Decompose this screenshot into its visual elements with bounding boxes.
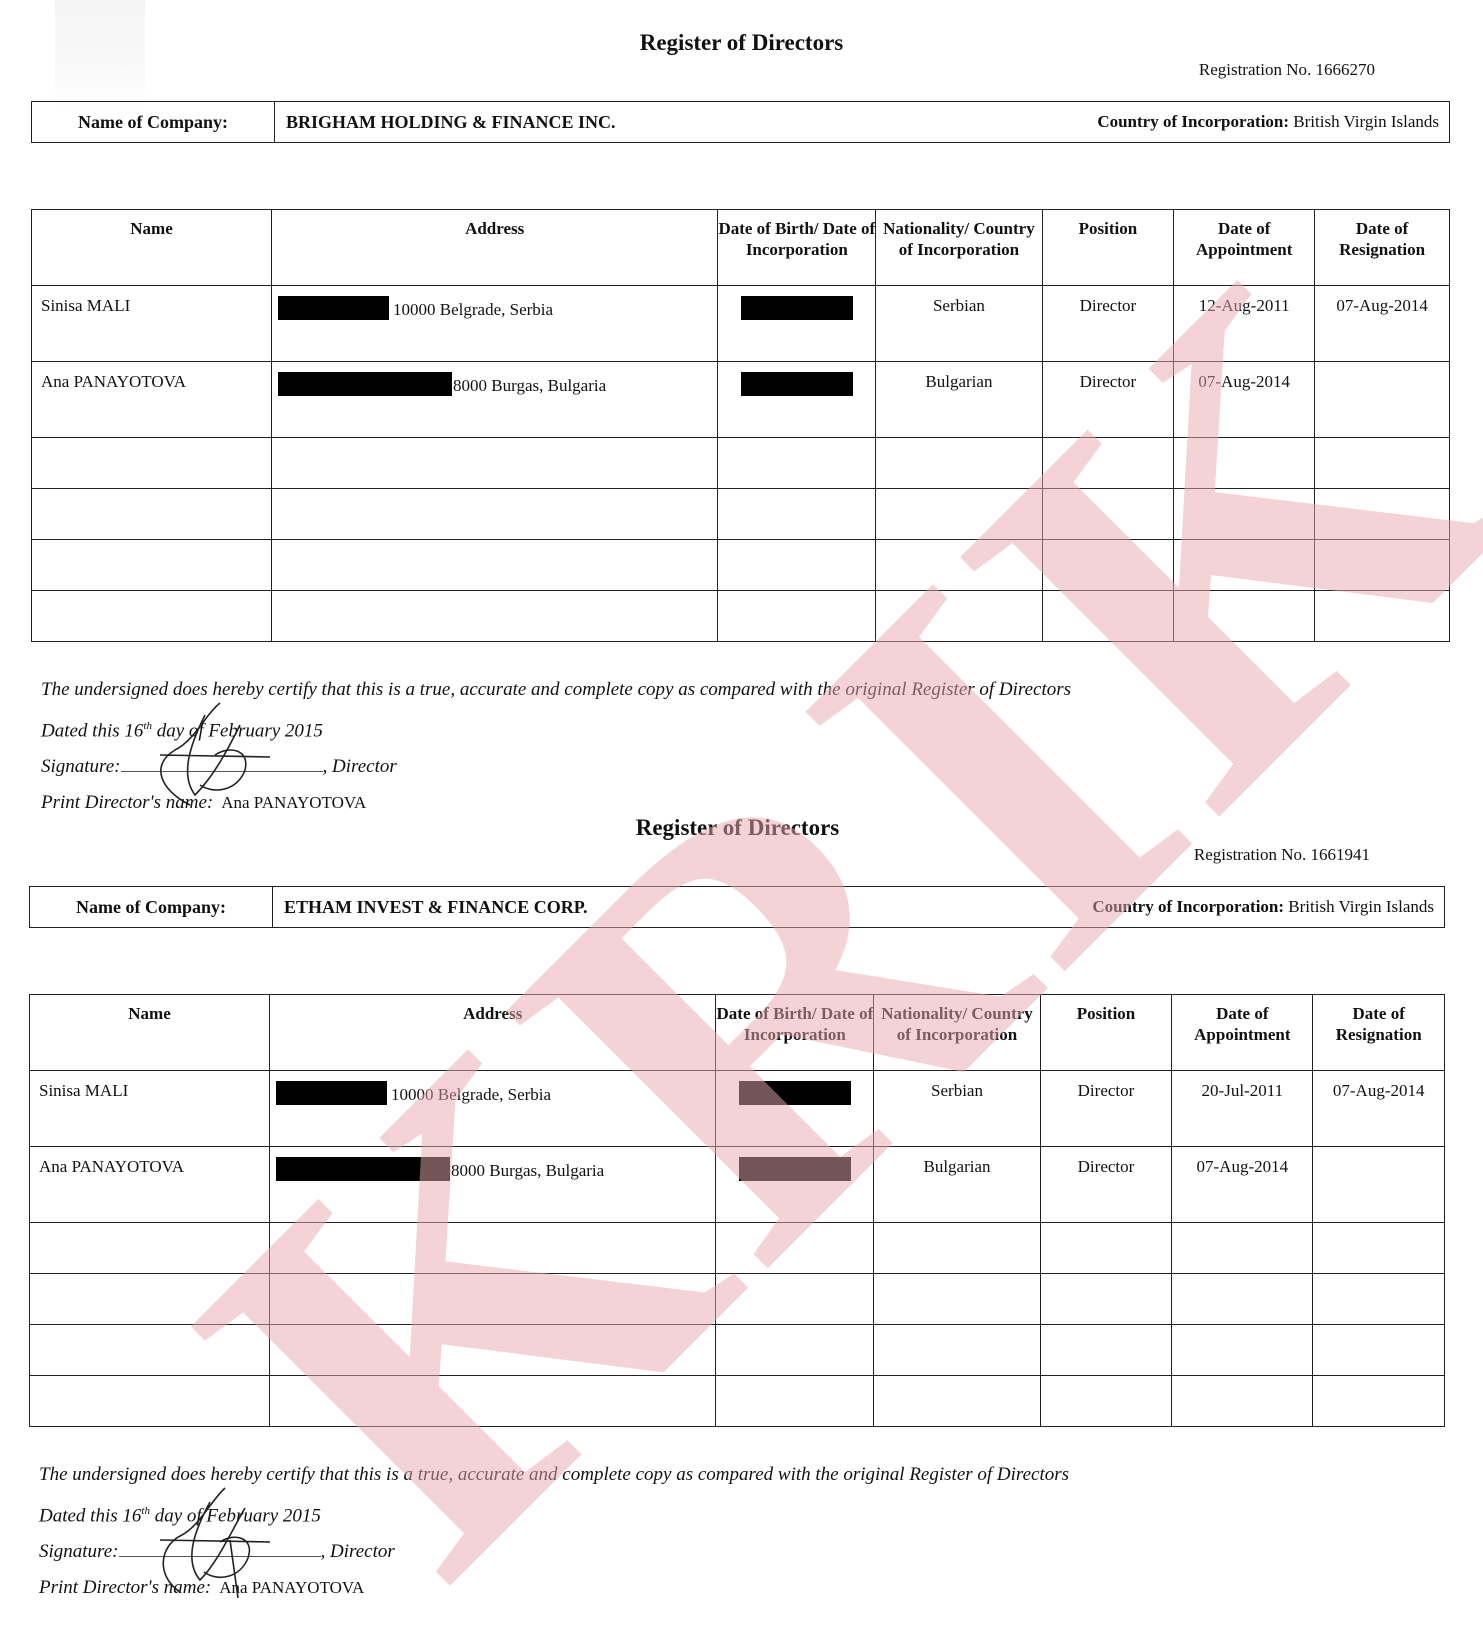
redaction-bar <box>276 1081 387 1105</box>
director-resignation: 07-Aug-2014 <box>1313 1071 1445 1147</box>
register-title: Register of Directors <box>0 815 1479 841</box>
col-resignation: Date of Resignation <box>1315 210 1450 286</box>
dated-line: Dated this 16th day of February 2015 <box>39 1493 1069 1534</box>
address-text: 8000 Burgas, Bulgaria <box>453 376 606 395</box>
director-name: Sinisa MALI <box>32 286 272 362</box>
country-of-incorporation: Country of Incorporation: British Virgin… <box>1092 897 1444 917</box>
empty-row <box>32 438 1450 489</box>
empty-row <box>32 540 1450 591</box>
director-appointment: 20-Jul-2011 <box>1172 1071 1313 1147</box>
col-nationality: Nationality/ Country of Incorporation <box>874 995 1040 1071</box>
director-name: Ana PANAYOTOVA <box>30 1147 270 1223</box>
table-row: Ana PANAYOTOVA 8000 Burgas, Bulgaria Bul… <box>32 362 1450 438</box>
signature-line: Signature:, Director <box>41 749 1071 785</box>
redaction-bar <box>739 1157 851 1181</box>
company-box: Name of Company: ETHAM INVEST & FINANCE … <box>29 886 1445 928</box>
address-text: 8000 Burgas, Bulgaria <box>451 1161 604 1180</box>
empty-row <box>32 489 1450 540</box>
country-label: Country of Incorporation: <box>1092 897 1284 916</box>
col-appointment: Date of Appointment <box>1172 995 1313 1071</box>
table-row: Sinisa MALI 10000 Belgrade, Serbia Serbi… <box>32 286 1450 362</box>
empty-row <box>30 1223 1445 1274</box>
col-address: Address <box>272 210 718 286</box>
company-name: ETHAM INVEST & FINANCE CORP. <box>273 897 1092 918</box>
director-dob <box>718 286 876 362</box>
empty-row <box>30 1376 1445 1427</box>
col-nationality: Nationality/ Country of Incorporation <box>876 210 1042 286</box>
register-title: Register of Directors <box>0 30 1483 56</box>
director-dob <box>718 362 876 438</box>
director-name: Ana PANAYOTOVA <box>32 362 272 438</box>
director-dob <box>716 1071 874 1147</box>
director-resignation <box>1315 362 1450 438</box>
certification-block: The undersigned does hereby certify that… <box>41 672 1071 821</box>
col-position: Position <box>1042 210 1174 286</box>
director-position: Director <box>1040 1071 1172 1147</box>
signature-line: Signature:, Director <box>39 1534 1069 1570</box>
director-position: Director <box>1042 286 1174 362</box>
empty-row <box>32 591 1450 642</box>
redaction-bar <box>741 296 853 320</box>
print-name-value: Ana PANAYOTOVA <box>221 793 366 812</box>
col-resignation: Date of Resignation <box>1313 995 1445 1071</box>
address-text: 10000 Belgrade, Serbia <box>391 1085 551 1104</box>
director-address: 10000 Belgrade, Serbia <box>270 1071 716 1147</box>
redaction-bar <box>739 1081 851 1105</box>
director-nationality: Serbian <box>874 1071 1040 1147</box>
dated-line: Dated this 16th day of February 2015 <box>41 708 1071 749</box>
table-row: Sinisa MALI 10000 Belgrade, Serbia Serbi… <box>30 1071 1445 1147</box>
col-name: Name <box>30 995 270 1071</box>
country-value: British Virgin Islands <box>1293 112 1439 131</box>
company-label: Name of Company: <box>30 887 273 927</box>
director-appointment: 07-Aug-2014 <box>1174 362 1315 438</box>
certification-block: The undersigned does hereby certify that… <box>39 1457 1069 1606</box>
col-name: Name <box>32 210 272 286</box>
print-name-line: Print Director's name:Ana PANAYOTOVA <box>39 1570 1069 1606</box>
director-position: Director <box>1040 1147 1172 1223</box>
country-of-incorporation: Country of Incorporation: British Virgin… <box>1097 112 1449 132</box>
director-appointment: 12-Aug-2011 <box>1174 286 1315 362</box>
directors-table: Name Address Date of Birth/ Date of Inco… <box>31 209 1450 642</box>
col-address: Address <box>270 995 716 1071</box>
country-value: British Virgin Islands <box>1288 897 1434 916</box>
empty-row <box>30 1274 1445 1325</box>
director-nationality: Bulgarian <box>874 1147 1040 1223</box>
company-label: Name of Company: <box>32 102 275 142</box>
table-header-row: Name Address Date of Birth/ Date of Inco… <box>32 210 1450 286</box>
director-address: 8000 Burgas, Bulgaria <box>270 1147 716 1223</box>
director-resignation: 07-Aug-2014 <box>1315 286 1450 362</box>
company-box: Name of Company: BRIGHAM HOLDING & FINAN… <box>31 101 1450 143</box>
registration-number: Registration No. 1666270 <box>1199 60 1375 80</box>
table-header-row: Name Address Date of Birth/ Date of Inco… <box>30 995 1445 1071</box>
col-position: Position <box>1040 995 1172 1071</box>
certification-statement: The undersigned does hereby certify that… <box>39 1457 1069 1493</box>
director-address: 10000 Belgrade, Serbia <box>272 286 718 362</box>
signature-field <box>119 1538 321 1557</box>
col-dob: Date of Birth/ Date of Incorporation <box>716 995 874 1071</box>
print-name-value: Ana PANAYOTOVA <box>219 1578 364 1597</box>
directors-table: Name Address Date of Birth/ Date of Inco… <box>29 994 1445 1427</box>
director-resignation <box>1313 1147 1445 1223</box>
redaction-bar <box>278 296 389 320</box>
director-nationality: Serbian <box>876 286 1042 362</box>
director-nationality: Bulgarian <box>876 362 1042 438</box>
redaction-bar <box>741 372 853 396</box>
empty-row <box>30 1325 1445 1376</box>
col-dob: Date of Birth/ Date of Incorporation <box>718 210 876 286</box>
director-dob <box>716 1147 874 1223</box>
company-name: BRIGHAM HOLDING & FINANCE INC. <box>275 112 1097 133</box>
col-appointment: Date of Appointment <box>1174 210 1315 286</box>
country-label: Country of Incorporation: <box>1097 112 1289 131</box>
director-name: Sinisa MALI <box>30 1071 270 1147</box>
redaction-bar <box>278 372 452 396</box>
director-position: Director <box>1042 362 1174 438</box>
certification-statement: The undersigned does hereby certify that… <box>41 672 1071 708</box>
director-address: 8000 Burgas, Bulgaria <box>272 362 718 438</box>
signature-field <box>121 753 323 772</box>
redaction-bar <box>276 1157 450 1181</box>
table-row: Ana PANAYOTOVA 8000 Burgas, Bulgaria Bul… <box>30 1147 1445 1223</box>
director-appointment: 07-Aug-2014 <box>1172 1147 1313 1223</box>
registration-number: Registration No. 1661941 <box>1194 845 1370 865</box>
address-text: 10000 Belgrade, Serbia <box>393 300 553 319</box>
